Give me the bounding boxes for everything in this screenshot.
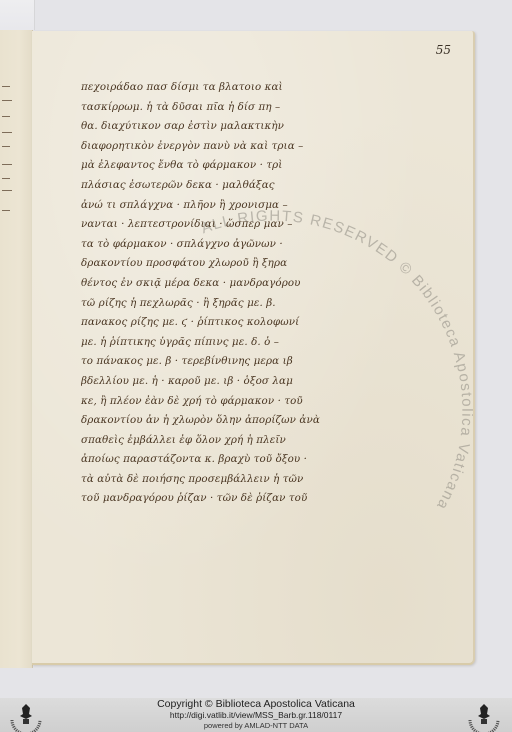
facing-page-edge	[0, 30, 33, 668]
manuscript-line: με. ἡ ῥίπτικης ὑγρᾶς πίπινς με. δ. ὁ –	[81, 333, 351, 353]
manuscript-line: διαφορητικὸν ἐνεργὸν πανὺ νὰ καὶ τρια –	[81, 137, 351, 157]
manuscript-line: τασκίρρωμ. ἡ τὰ δῦσαι πῖα ἡ δίσ πη –	[81, 98, 351, 118]
copyright-notice: Copyright © Biblioteca Apostolica Vatica…	[0, 698, 512, 710]
powered-by-text: powered by AMLAD-NTT DATA	[0, 721, 512, 730]
manuscript-line: πλάσιας ἐσωτερῶν δεκα · μαλθάξας	[81, 176, 351, 196]
manuscript-line: κε, ἢ πλέον ἐὰν δὲ χρή τὸ φάρμακον · τοῦ	[81, 392, 351, 412]
manuscript-line: σπαθεὶς ἐμβάλλει ἐφ ὅλον χρή ἡ πλεῖν	[81, 431, 351, 451]
manuscript-line: πανακος ρίζης με. ϛ · ῥίπτικος κολοφωνί	[81, 313, 351, 333]
margin-stroke	[2, 210, 10, 211]
manuscript-line: πεχοιράδαο πασ δίσμι τα βλατοιο καὶ	[81, 78, 351, 98]
manuscript-line: το πάνακος με. β · τερεβίνθινης μερα ιβ	[81, 352, 351, 372]
manuscript-line: δρακοντίου ἀν ἡ χλωρὸν ὅλην ἀπορίζων ἀνὰ	[81, 411, 351, 431]
manuscript-line: δρακοντίου προσφάτου χλωροῦ ἢ ξηρα	[81, 254, 351, 274]
manuscript-line: ἀποίως παραστάζοντα κ. βραχὺ τοῦ ὄξου ·	[81, 450, 351, 470]
manuscript-page: 55 ALL RIGHTS RESERVED © Biblioteca Apos…	[32, 31, 475, 665]
vatican-library-seal-icon	[462, 698, 506, 732]
manuscript-line: νανται · λεπτεστρονίδιαι · ὥσπερ μαν –	[81, 215, 351, 235]
manuscript-line: τὰ αὐτὰ δὲ ποιήσης προσεμβάλλειν ἡ τῶν	[81, 470, 351, 490]
manuscript-line: βδελλίου με. ἡ · καροῦ με. ιβ · ὁξοσ λαμ	[81, 372, 351, 392]
margin-stroke	[2, 190, 12, 191]
margin-stroke	[2, 178, 10, 179]
manuscript-line: τῶ ρίζης ἡ πεχλωρᾶς · ἢ ξηρᾶς με. β.	[81, 294, 351, 314]
permalink-url[interactable]: http://digi.vatlib.it/view/MSS_Barb.gr.1…	[0, 710, 512, 720]
manuscript-line: μὰ ἐλεφαντος ἔνθα τὸ φάρμακον · τρὶ	[81, 156, 351, 176]
margin-stroke	[2, 100, 12, 101]
manuscript-line: ἀνώ τι σπλάγχνα · πλῆον ἢ χρονισμα –	[81, 196, 351, 216]
viewer-footer: Copyright © Biblioteca Apostolica Vatica…	[0, 698, 512, 732]
margin-stroke	[2, 146, 10, 147]
margin-stroke	[2, 116, 10, 117]
margin-stroke	[2, 132, 12, 133]
manuscript-line: τοῦ μανδραγόρου ῥίζαν · τῶν δὲ ῥίζαν τοῦ	[81, 489, 351, 509]
left-page-top-strip	[0, 0, 35, 30]
margin-stroke	[2, 164, 12, 165]
manuscript-line: θέντος ἐν σκιᾷ μέρα δεκα · μανδραγόρου	[81, 274, 351, 294]
margin-stroke	[2, 86, 10, 87]
manuscript-text-block: πεχοιράδαο πασ δίσμι τα βλατοιο καὶτασκί…	[81, 78, 351, 509]
manuscript-line: θα. διαχύτικον σαρ ἐστὶν μαλακτικὴν	[81, 117, 351, 137]
folio-number: 55	[436, 43, 451, 57]
facing-page-margin-marks	[0, 30, 32, 668]
manuscript-line: τα τὸ φάρμακον · σπλάγχνο ἀγῶνων ·	[81, 235, 351, 255]
